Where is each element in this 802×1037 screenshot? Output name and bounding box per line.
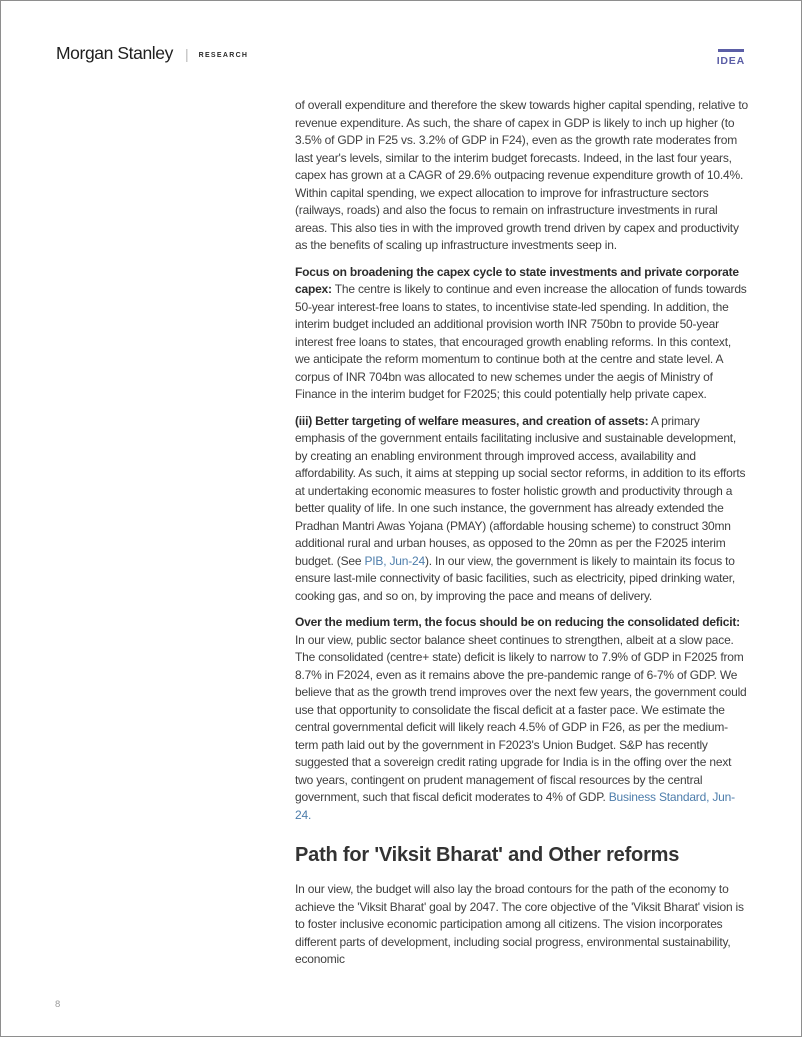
article-body: of overall expenditure and therefore the… [295,97,749,978]
header-divider: | [185,46,189,62]
paragraph-viksit-bharat: In our view, the budget will also lay th… [295,881,749,969]
paragraph-capex-cycle: Focus on broadening the capex cycle to s… [295,264,749,404]
idea-logo: IDEA [717,49,745,67]
pib-source-link[interactable]: PIB, Jun-24 [364,554,425,568]
paragraph-text: of overall expenditure and therefore the… [295,98,748,252]
paragraph-capex-skew: of overall expenditure and therefore the… [295,97,749,255]
paragraph-consolidated-deficit: Over the medium term, the focus should b… [295,614,749,824]
research-label: RESEARCH [199,49,249,59]
report-header: Morgan Stanley | RESEARCH [56,43,248,64]
paragraph-text: In our view, the budget will also lay th… [295,882,744,966]
paragraph-welfare-targeting: (iii) Better targeting of welfare measur… [295,413,749,606]
morgan-stanley-logo: Morgan Stanley [56,43,173,64]
paragraph-text: A primary emphasis of the government ent… [295,414,745,568]
page-number: 8 [55,999,60,1010]
paragraph-lead-bold: Over the medium term, the focus should b… [295,615,740,629]
paragraph-text: The centre is likely to continue and eve… [295,282,747,401]
idea-logo-bar [718,49,744,52]
idea-logo-text: IDEA [717,55,745,67]
paragraph-lead-bold: (iii) Better targeting of welfare measur… [295,414,648,428]
paragraph-text: In our view, public sector balance sheet… [295,633,747,805]
section-heading-viksit-bharat: Path for 'Viksit Bharat' and Other refor… [295,842,749,868]
report-page: Morgan Stanley | RESEARCH IDEA of overal… [0,0,802,1037]
